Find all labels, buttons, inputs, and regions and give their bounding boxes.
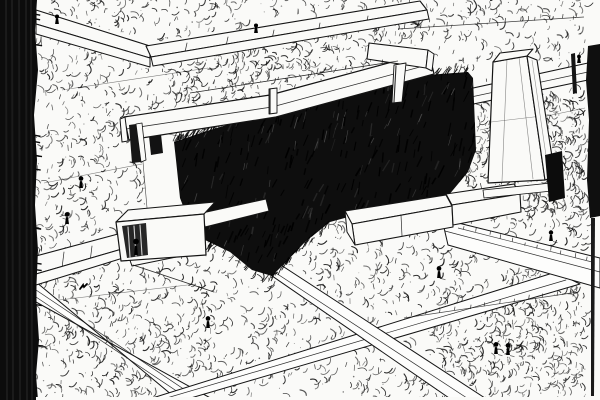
wall-niche-dark [149, 134, 163, 155]
sketch-page [0, 0, 600, 400]
aerial-architectural-sketch [0, 0, 600, 400]
beam-cross-stub-end [426, 50, 434, 71]
